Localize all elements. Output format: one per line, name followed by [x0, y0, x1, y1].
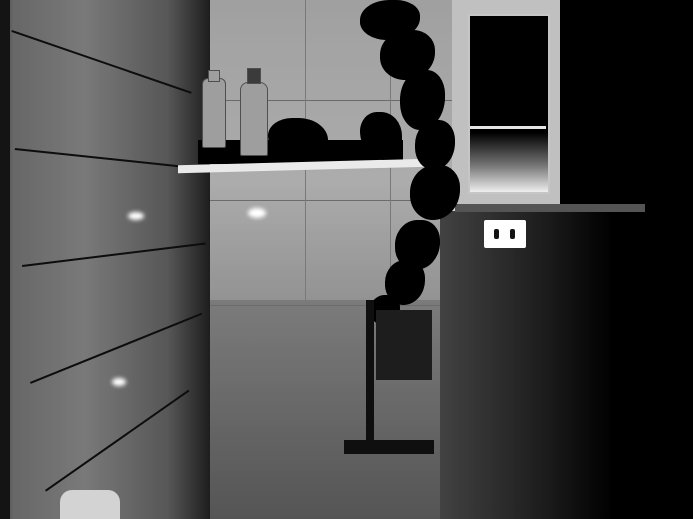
towel-shadow: [376, 310, 432, 380]
light-reflection: [112, 378, 126, 386]
bottle: [240, 82, 268, 156]
tile-grout: [200, 305, 460, 306]
sink-edge: [60, 490, 120, 519]
bottle-cap: [208, 70, 220, 82]
left-wall-edge: [0, 0, 10, 519]
switch-toggle: [494, 229, 499, 239]
bottle-cap: [247, 68, 261, 84]
rail-bar-shadow: [344, 440, 434, 454]
light-reflection: [248, 208, 266, 218]
right-wall-lower: [440, 210, 693, 519]
left-tiled-wall: [0, 0, 210, 519]
switch-toggle: [510, 229, 515, 239]
light-switch-plate: [484, 220, 526, 248]
light-reflection: [128, 212, 144, 220]
window-pane: [468, 14, 550, 194]
window-sill: [455, 204, 645, 212]
bathroom-photo: [0, 0, 693, 519]
bottle: [202, 78, 226, 148]
towel-rail-shadow: [366, 300, 374, 450]
window-muntin: [470, 126, 546, 129]
